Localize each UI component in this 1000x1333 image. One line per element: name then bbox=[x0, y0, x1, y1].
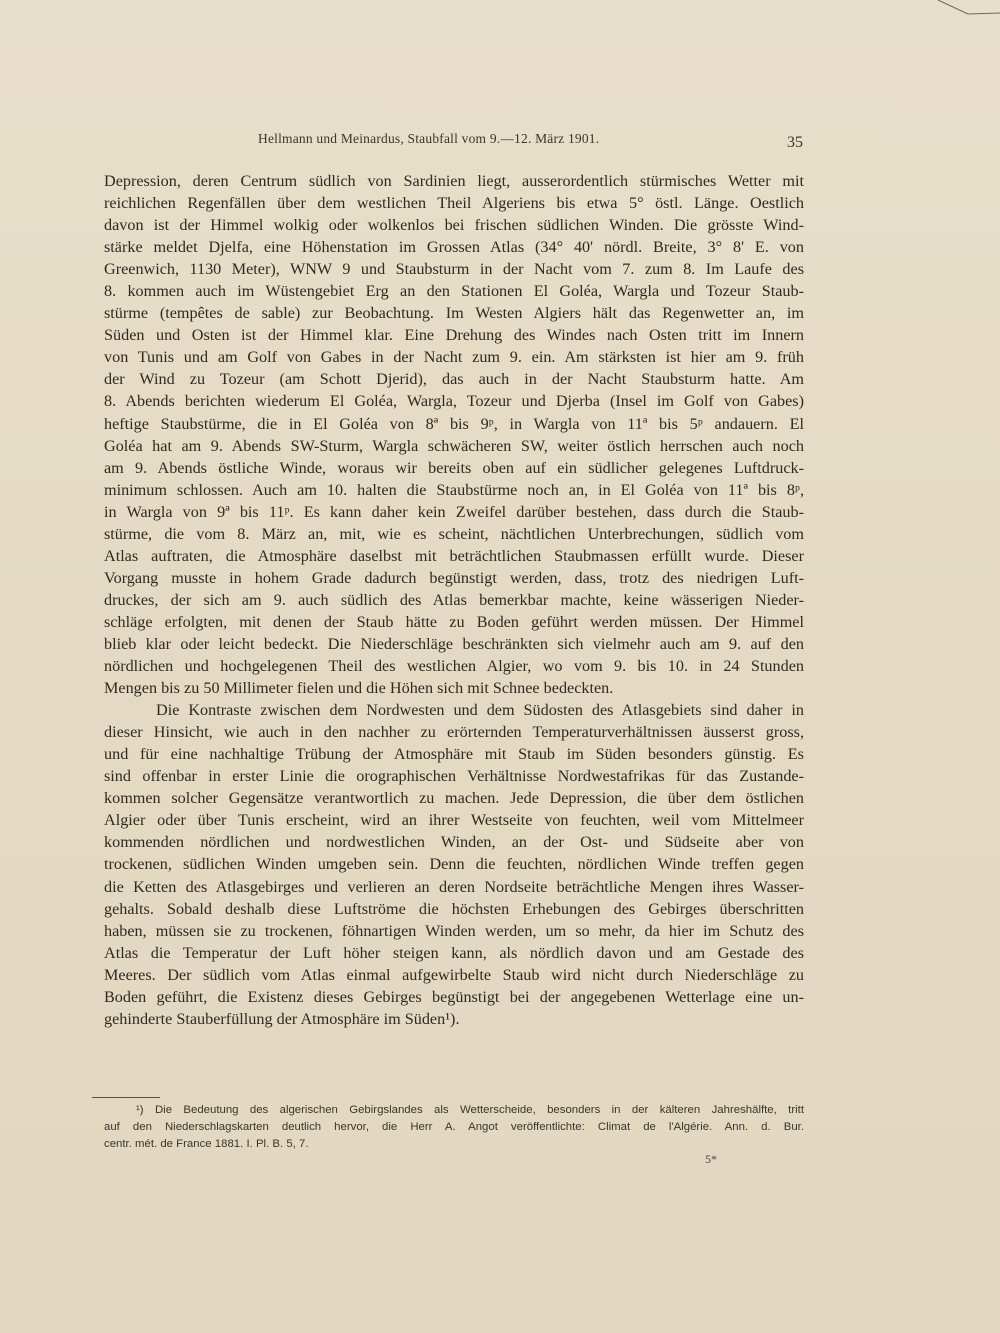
text-line: kommen solcher Gegensätze verantwortlich… bbox=[104, 787, 804, 809]
text-line: haben, müssen sie zu trockenen, föhnarti… bbox=[104, 920, 804, 942]
text-line: centr. mét. de France 1881. I. Pl. B. 5,… bbox=[104, 1136, 804, 1153]
text-line: der Wind zu Tozeur (am Schott Djerid), d… bbox=[104, 368, 804, 390]
text-line: gehinderte Stauberfüllung der Atmosphäre… bbox=[104, 1008, 804, 1030]
text-line: Greenwich, 1130 Meter), WNW 9 und Staubs… bbox=[104, 258, 804, 280]
text-line: dieser Hinsicht, wie auch in den nachher… bbox=[104, 721, 804, 743]
page-number: 35 bbox=[787, 134, 803, 152]
text-line: heftige Staubstürme, die in El Goléa von… bbox=[104, 413, 804, 435]
text-line: Mengen bis zu 50 Millimeter fielen und d… bbox=[104, 677, 804, 699]
text-line: am 9. Abends östliche Winde, woraus wir … bbox=[104, 457, 804, 479]
text-line: schläge erfolgten, mit denen der Staub h… bbox=[104, 611, 804, 633]
text-line: von Tunis und am Golf von Gabes in der N… bbox=[104, 346, 804, 368]
text-line: blieb klar oder leicht bedeckt. Die Nied… bbox=[104, 633, 804, 655]
text-line: 8. kommen auch im Wüstengebiet Erg an de… bbox=[104, 280, 804, 302]
text-line: Goléa hat am 9. Abends SW-Sturm, Wargla … bbox=[104, 435, 804, 457]
text-line: kommenden nördlichen und nordwestlichen … bbox=[104, 831, 804, 853]
text-line: reichlichen Regenfällen über dem westlic… bbox=[104, 192, 804, 214]
text-line: Algier oder über Tunis erscheint, wird a… bbox=[104, 809, 804, 831]
text-line: minimum schlossen. Auch am 10. halten di… bbox=[104, 479, 804, 501]
text-line: sind offenbar in erster Linie die orogra… bbox=[104, 765, 804, 787]
paragraph-1: Depression, deren Centrum südlich von Sa… bbox=[104, 170, 804, 699]
text-line: davon ist der Himmel wolkig oder wolkenl… bbox=[104, 214, 804, 236]
signature-mark: 5* bbox=[705, 1152, 717, 1167]
text-line: und für eine nachhaltige Trübung der Atm… bbox=[104, 743, 804, 765]
footnotes: ¹) Die Bedeutung des algerischen Gebirgs… bbox=[104, 1102, 804, 1153]
text-line: in Wargla von 9ª bis 11ᵖ. Es kann daher … bbox=[104, 501, 804, 523]
text-line: stärke meldet Djelfa, eine Höhenstation … bbox=[104, 236, 804, 258]
text-line: Depression, deren Centrum südlich von Sa… bbox=[104, 170, 804, 192]
footnote-divider bbox=[92, 1097, 160, 1098]
text-line: 8. Abends berichten wiederum El Goléa, W… bbox=[104, 390, 804, 412]
paragraph-2: Die Kontraste zwischen dem Nordwesten un… bbox=[104, 699, 804, 1030]
text-line: stürme (tempêtes de sable) zur Beobachtu… bbox=[104, 302, 804, 324]
text-line: auf den Niederschlagskarten deutlich her… bbox=[104, 1119, 804, 1136]
text-line: die Ketten des Atlasgebirges und verlier… bbox=[104, 876, 804, 898]
text-line: druckes, der sich am 9. auch südlich des… bbox=[104, 589, 804, 611]
document-page: Hellmann und Meinardus, Staubfall vom 9.… bbox=[0, 0, 1000, 1333]
body-text: Depression, deren Centrum südlich von Sa… bbox=[104, 170, 804, 1030]
text-line: nördlichen und hochgelegenen Theil des w… bbox=[104, 655, 804, 677]
text-line: trockenen, südlichen Winden umgeben sein… bbox=[104, 853, 804, 875]
text-line: Atlas auftraten, die Atmosphäre daselbst… bbox=[104, 545, 804, 567]
text-line: Süden und Osten ist der Himmel klar. Ein… bbox=[104, 324, 804, 346]
text-line: stürme, die vom 8. März an, mit, wie es … bbox=[104, 523, 804, 545]
page-corner-fold bbox=[880, 0, 1000, 20]
text-line: Boden geführt, die Existenz dieses Gebir… bbox=[104, 986, 804, 1008]
text-line: Atlas die Temperatur der Luft höher stei… bbox=[104, 942, 804, 964]
text-line: Die Kontraste zwischen dem Nordwesten un… bbox=[104, 699, 804, 721]
text-line: Vorgang musste in hohem Grade dadurch be… bbox=[104, 567, 804, 589]
text-line: Meeres. Der südlich vom Atlas einmal auf… bbox=[104, 964, 804, 986]
running-head: Hellmann und Meinardus, Staubfall vom 9.… bbox=[258, 131, 758, 147]
text-line: gehalts. Sobald deshalb diese Luftströme… bbox=[104, 898, 804, 920]
text-line: ¹) Die Bedeutung des algerischen Gebirgs… bbox=[104, 1102, 804, 1119]
